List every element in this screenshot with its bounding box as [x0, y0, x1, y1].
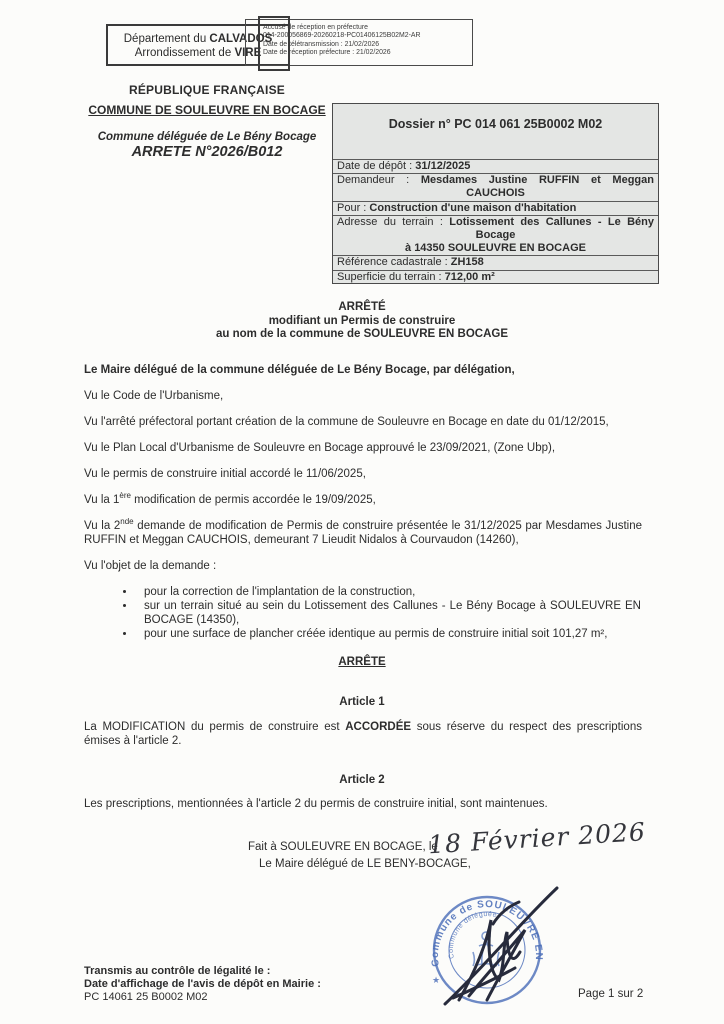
footer-transmis: Transmis au contrôle de légalité le : — [84, 965, 321, 978]
bullet-terrain: sur un terrain situé au sein du Lotissem… — [136, 600, 641, 627]
delegated-commune: Commune déléguée de Le Bény Bocage — [40, 131, 374, 143]
stamp-star-icon: ★ — [432, 975, 440, 985]
stamp-line-3: Date de télétransmission : 21/02/2026 — [263, 41, 470, 49]
objet-bullet-list: pour la correction de l'implantation de … — [136, 586, 642, 642]
stamp-line-1: Accusé de réception en préfecture — [263, 24, 470, 32]
footer-legal-block: Transmis au contrôle de légalité le : Da… — [84, 965, 321, 1005]
republic-title: RÉPUBLIQUE FRANÇAISE — [40, 83, 374, 97]
commune-round-stamp: Commune de SOULEUVRE EN Commune déléguée… — [423, 880, 583, 1012]
decree-title-line1: ARRÊTÉ — [0, 301, 724, 315]
fait-a-line: Fait à SOULEUVRE EN BOCAGE, le — [248, 841, 438, 853]
dossier-number: Dossier n° PC 014 061 25B0002 M02 — [333, 104, 658, 159]
recital-plu: Vu le Plan Local d'Urbanisme de Souleuvr… — [84, 442, 642, 456]
recital-modification-1: Vu la 1ère modification de permis accord… — [84, 494, 642, 508]
decree-title: ARRÊTÉ modifiant un Permis de construire… — [0, 301, 724, 342]
dossier-row-reference: Référence cadastrale : ZH158 — [333, 255, 658, 269]
dossier-row-demandeur: Demandeur : Mesdames Justine RUFFIN et M… — [333, 173, 658, 200]
recital-objet: Vu l'objet de la demande : — [84, 560, 642, 574]
commune-stamp-and-signature: Commune de SOULEUVRE EN Commune déléguée… — [423, 880, 583, 1012]
arrete-number: ARRETE N°2026/B012 — [40, 144, 374, 160]
dossier-box: Dossier n° PC 014 061 25B0002 M02 Date d… — [332, 103, 659, 284]
decree-title-line3: au nom de la commune de SOULEUVRE EN BOC… — [0, 328, 724, 342]
page-number: Page 1 sur 2 — [578, 988, 643, 1000]
bullet-implantation: pour la correction de l'implantation de … — [136, 586, 641, 600]
decree-title-line2: modifiant un Permis de construire — [0, 315, 724, 329]
recitals: Le Maire délégué de la commune déléguée … — [84, 364, 642, 643]
document-page: Département du CALVADOS Arrondissement d… — [0, 0, 724, 1024]
footer-dossier-ref: PC 14061 25 B0002 M02 — [84, 991, 321, 1004]
article-2-title: Article 2 — [0, 774, 724, 786]
footer-affichage: Date d'affichage de l'avis de dépôt en M… — [84, 978, 321, 991]
recital-maire: Le Maire délégué de la commune déléguée … — [84, 364, 642, 378]
recital-arrete-prefectoral: Vu l'arrêté préfectoral portant création… — [84, 416, 642, 430]
stamp-line-2: 014-200056869-20260218-PC01406125B02M2-A… — [263, 32, 470, 40]
maire-line: Le Maire délégué de LE BENY-BOCAGE, — [259, 858, 471, 870]
dossier-row-superficie: Superficie du terrain : 712,00 m² — [333, 270, 658, 284]
commune-title: COMMUNE DE SOULEUVRE EN BOCAGE — [40, 103, 374, 117]
dossier-row-pour: Pour : Construction d'une maison d'habit… — [333, 201, 658, 215]
bullet-surface: pour une surface de plancher créée ident… — [136, 628, 641, 642]
stamp-line-4: Date de réception préfecture : 21/02/202… — [263, 49, 470, 57]
dossier-row-date-depot: Date de dépôt : 31/12/2025 — [333, 159, 658, 173]
republic-header: RÉPUBLIQUE FRANÇAISE COMMUNE DE SOULEUVR… — [40, 83, 374, 160]
stamp-overlap-rectangle — [258, 16, 290, 71]
recital-permis-initial: Vu le permis de construire initial accor… — [84, 468, 642, 482]
dossier-row-adresse: Adresse du terrain : Lotissement des Cal… — [333, 215, 658, 256]
article-1-title: Article 1 — [0, 696, 724, 708]
handwritten-date: 18 Février 2026 — [427, 818, 638, 860]
article-2-text: Les prescriptions, mentionnées à l'artic… — [84, 798, 642, 812]
article-1-text: La MODIFICATION du permis de construire … — [84, 721, 642, 748]
recital-code-urbanisme: Vu le Code de l'Urbanisme, — [84, 390, 642, 404]
recital-modification-2: Vu la 2nde demande de modification de Pe… — [84, 520, 642, 547]
arrete-heading: ARRÊTE — [0, 656, 724, 668]
